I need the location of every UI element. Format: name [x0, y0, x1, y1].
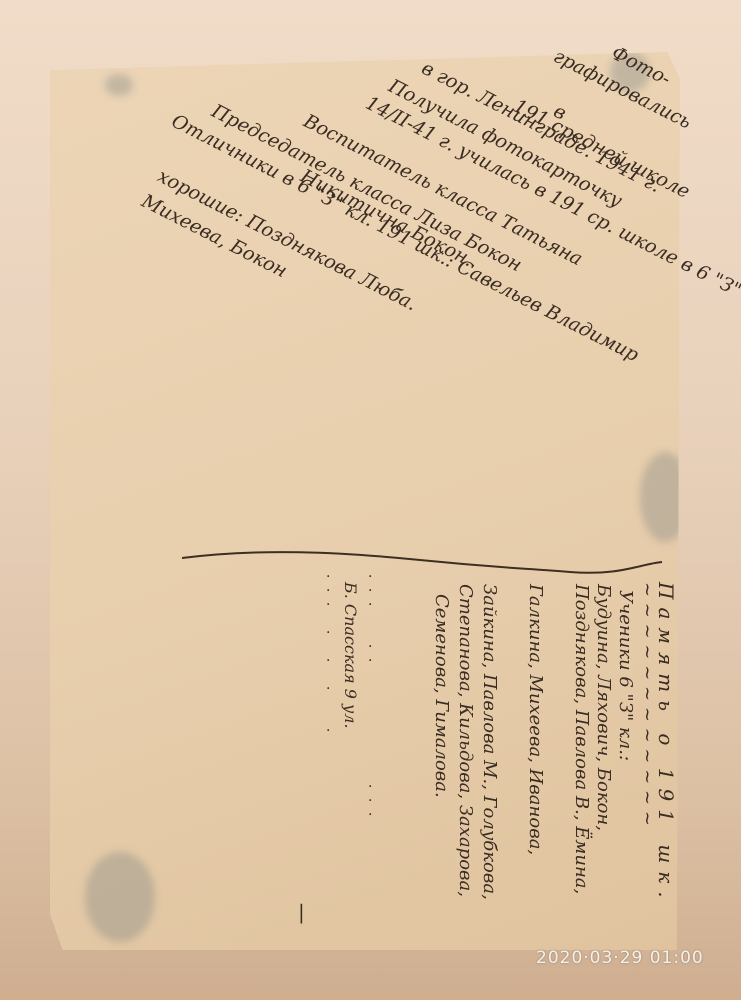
line-students-5: Степанова, Кильдова, Захарова,: [455, 584, 476, 897]
photo-timestamp: 2020·03·29 01:00: [536, 948, 704, 968]
dotted-marks-right: ········: [368, 570, 376, 822]
divider-line: [0, 0, 741, 1000]
line-tildes: ~ ~ ~ ~ ~ ~ ~ ~ ~ ~ ~ ~: [637, 582, 658, 826]
line-students-heading: Ученики 6 "З" кл.:: [615, 590, 636, 761]
tick-mark-bottom: |: [298, 905, 305, 919]
margin-address-note: Б. Спасская 9 ул.: [341, 582, 360, 729]
line-students-1: Будуина, Ляхович, Бокон,: [593, 584, 614, 831]
line-students-4: Зайкина, Павлова М., Голубкова,: [479, 584, 500, 900]
line-students-2: Позднякова, Павлова В., Ёмина,: [571, 584, 592, 894]
line-students-6: Семенова, Гималова.: [431, 594, 452, 798]
line-students-3: Галкина, Михеева, Иванова,: [525, 584, 546, 855]
dotted-marks-left: ·······: [326, 570, 334, 738]
